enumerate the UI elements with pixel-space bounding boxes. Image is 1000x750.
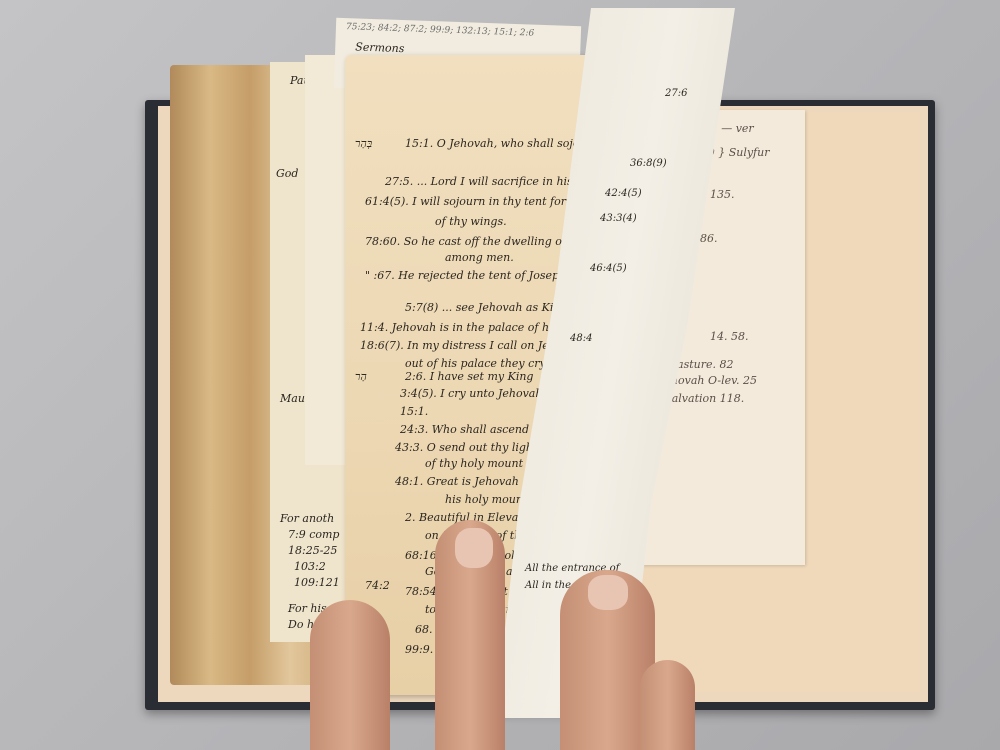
manuscript-line: 15:1. <box>400 405 428 418</box>
slip-label: Sermons <box>355 40 405 55</box>
left-line: 103:2 <box>294 560 326 573</box>
manuscript-line: 3:4(5). I cry unto Jehovah <box>400 387 542 400</box>
left-line: For anoth <box>280 512 334 525</box>
curled-ref: 42:4(5) <box>605 188 642 199</box>
fingernail <box>455 528 493 568</box>
hebrew-heading: הַר <box>355 370 367 383</box>
slip-numbers: 75:23; 84:2; 87:2; 99:9; 132:13; 15:1; 2… <box>346 22 535 39</box>
manuscript-line: of thy holy mount <box>425 457 523 470</box>
manuscript-line: 24:3. Who shall ascend the <box>400 423 551 436</box>
manuscript-line: 5:7(8) ... see Jehovah as King. <box>405 301 571 314</box>
fingernail <box>588 575 628 610</box>
paper-strip <box>305 55 345 465</box>
manuscript-line: among men. <box>445 251 514 264</box>
left-line: 18:25-25 <box>288 544 337 557</box>
left-line: 7:9 comp <box>288 528 339 541</box>
curled-ref: 48:4 <box>570 333 592 344</box>
left-line: 109:121 <box>294 576 340 589</box>
manuscript-line: 2:6. I have set my King <box>405 370 533 383</box>
hand-finger-ring <box>640 660 695 750</box>
tipped-line: 135. <box>710 188 735 201</box>
hand-fingers <box>310 600 390 750</box>
manuscript-line: 48:1. Great is Jehovah <box>395 475 519 488</box>
manuscript-line: of thy wings. <box>435 215 507 228</box>
margin-ref: 74:2 <box>365 579 390 592</box>
tipped-line: 86. <box>700 232 718 245</box>
left-line: God <box>276 167 298 180</box>
curled-ref: 43:3(4) <box>600 213 637 224</box>
curled-ref: 36:8(9) <box>630 158 667 169</box>
curled-ref: 27:6 <box>665 88 687 99</box>
left-line: Mau <box>280 392 305 405</box>
manuscript-line: 43:3. O send out thy light <box>395 441 537 454</box>
curled-ref: 46:4(5) <box>590 263 627 274</box>
hebrew-heading: בְּהַר <box>355 137 372 150</box>
tipped-line: 14. 58. <box>710 330 748 343</box>
